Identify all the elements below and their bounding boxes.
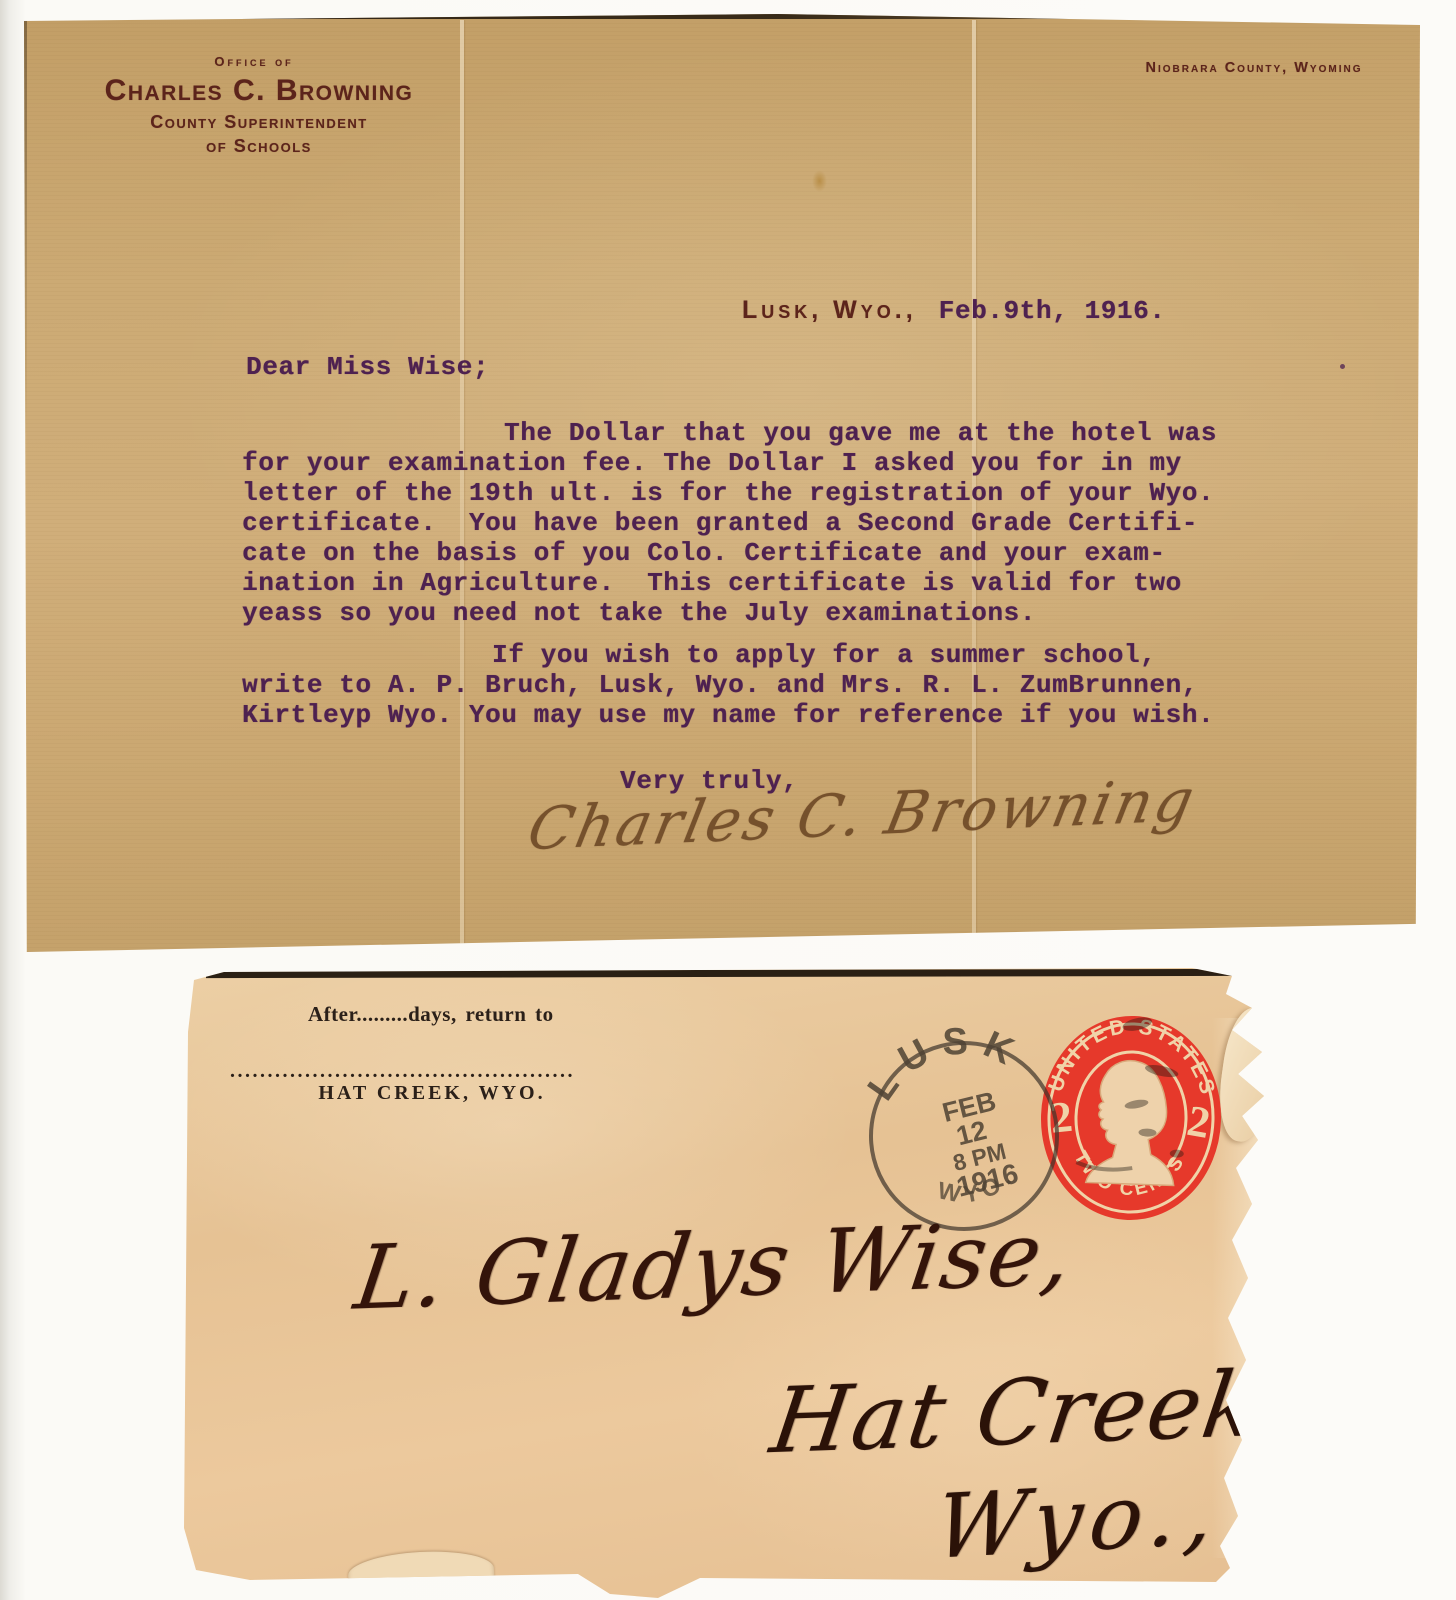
letter-paper-left-edge — [24, 18, 27, 438]
typed-line: write to A. P. Bruch, Lusk, Wyo. and Mrs… — [242, 670, 1312, 700]
scanned-document-page: Office of Charles C. Browning County Sup… — [0, 0, 1456, 1600]
letterhead-office-of: Office of — [154, 54, 354, 69]
typed-line: yeass so you need not take the July exam… — [242, 598, 1312, 628]
typed-line: If you wish to apply for a summer school… — [242, 640, 1312, 670]
stray-ink-dot — [1340, 364, 1345, 369]
salutation: Dear Miss Wise; — [246, 352, 489, 382]
dateline-date: Feb.9th, 1916. — [939, 296, 1166, 326]
typed-line: ination in Agriculture. This certificate… — [242, 568, 1312, 598]
typed-line: Kirtleyp Wyo. You may use my name for re… — [242, 700, 1312, 730]
return-city: HAT CREEK, WYO. — [282, 1082, 582, 1105]
dateline-place: Lusk, Wyo., — [742, 296, 917, 325]
letter-sheet: Office of Charles C. Browning County Sup… — [24, 14, 1420, 952]
body-paragraph-1: The Dollar that you gave me at the hotel… — [242, 418, 1312, 628]
address-line-1: L. Gladys Wise, — [349, 1201, 1080, 1330]
typed-line: letter of the 19th ult. is for the regis… — [242, 478, 1312, 508]
letterhead-title-line2: of Schools — [74, 136, 444, 157]
letterhead-name: Charles C. Browning — [74, 74, 444, 108]
dateline: Lusk, Wyo.,Feb.9th, 1916. — [742, 296, 1166, 326]
return-instruction: After.........days, return to — [308, 1002, 554, 1027]
typed-line: certificate. You have been granted a Sec… — [242, 508, 1312, 538]
dotted-line: ........................................… — [230, 1060, 575, 1083]
typed-line: for your examination fee. The Dollar I a… — [242, 448, 1312, 478]
envelope-top-edge — [206, 969, 1234, 978]
typed-line: The Dollar that you gave me at the hotel… — [242, 418, 1312, 448]
bottom-tear-flap — [347, 1548, 495, 1596]
letterhead-title-line1: County Superintendent — [74, 112, 444, 133]
address-line-3: Wyo., — [930, 1460, 1228, 1579]
typed-line: cate on the basis of you Colo. Certifica… — [242, 538, 1312, 568]
letter-paper-top-edge — [26, 14, 1410, 19]
paper-stain — [812, 170, 827, 192]
envelope: After.........days, return to ..........… — [180, 968, 1270, 1598]
body-paragraph-2: If you wish to apply for a summer school… — [242, 640, 1312, 730]
letterhead-county: Niobrara County, Wyoming — [1034, 60, 1456, 76]
address-line-2: Hat Creek, — [765, 1351, 1298, 1475]
